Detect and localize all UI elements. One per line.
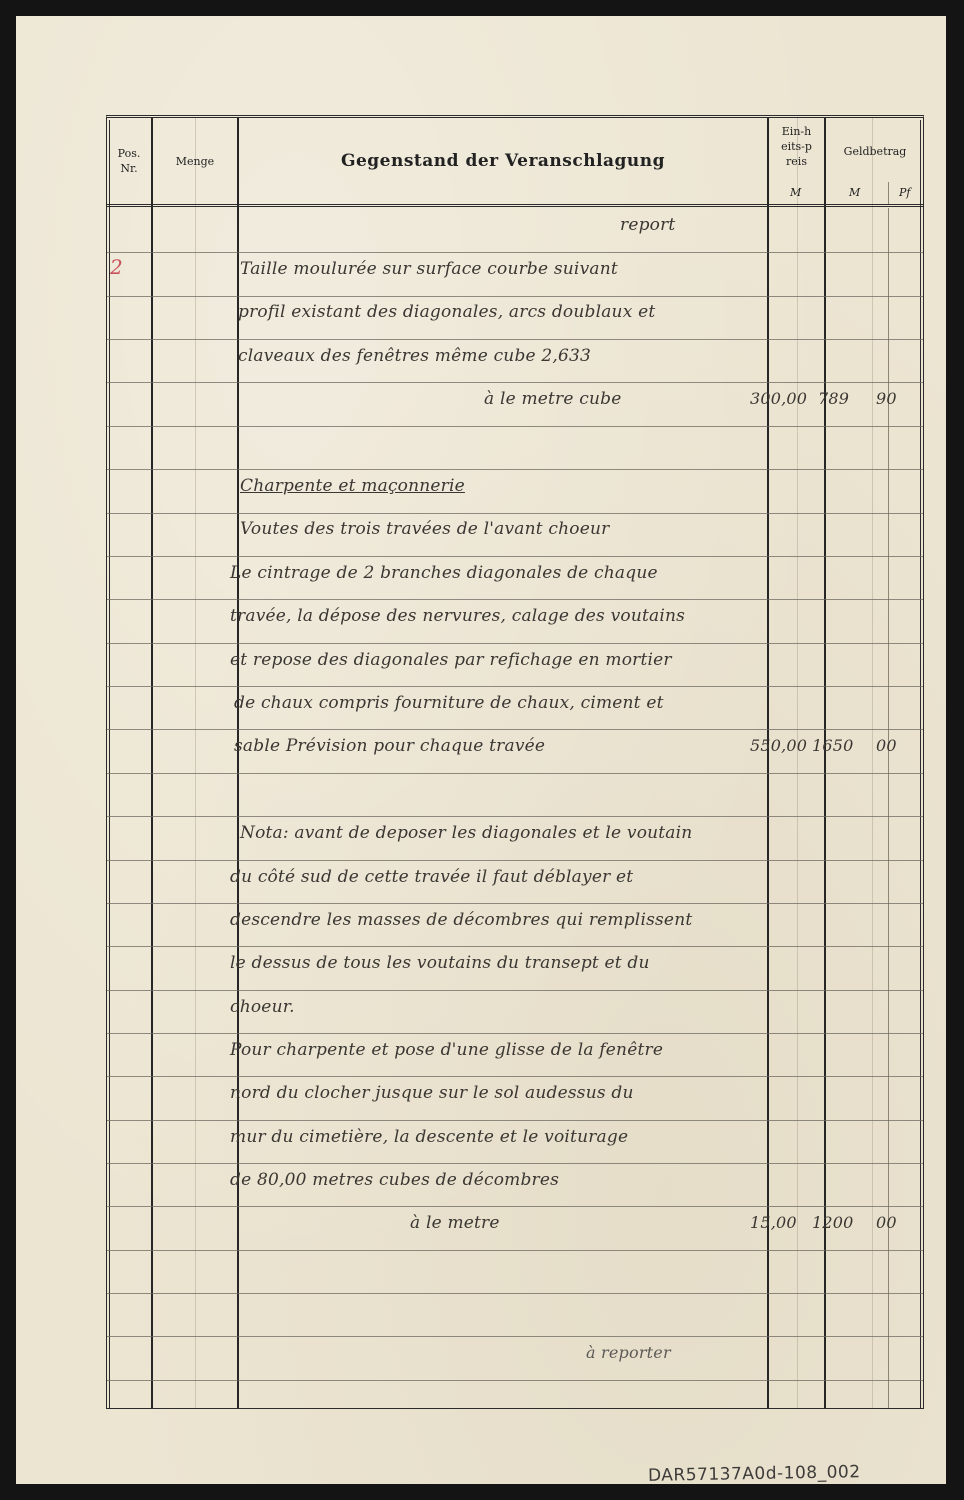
header-subdivider [888, 182, 889, 204]
line-item-text: report [620, 215, 675, 235]
amount-mark: 789 [818, 389, 849, 408]
line-item-text: Charpente et maçonnerie [240, 476, 465, 496]
ruled-line [107, 1336, 923, 1337]
header-pos-nr-label: Pos. Nr. [116, 146, 142, 176]
ruled-line [107, 1250, 923, 1251]
ruled-line [107, 599, 923, 600]
ruled-line [107, 469, 923, 470]
archive-reference: DAR57137A0d-108_002 [648, 1462, 861, 1486]
line-item-text: à reporter [586, 1343, 671, 1362]
ruled-line [107, 1206, 923, 1207]
header-einheitspreis: Ein-heits-preis [769, 118, 824, 180]
line-item-text: Voutes des trois travées de l'avant choe… [240, 519, 609, 539]
amount-mark: 1650 [812, 736, 854, 755]
line-item-text: Nota: avant de deposer les diagonales et… [240, 823, 692, 843]
line-item-text: mur du cimetière, la descente et le voit… [230, 1127, 628, 1147]
ruled-line [107, 860, 923, 861]
unit-price: 550,00 [750, 736, 807, 755]
einheitspreis-mark-unit: M [790, 186, 801, 199]
line-item-text: profil existant des diagonales, arcs dou… [238, 302, 655, 322]
line-item-text: de 80,00 metres cubes de décombres [230, 1170, 559, 1190]
ruled-line [107, 816, 923, 817]
amount-pfennig: 90 [876, 389, 897, 408]
column-divider-pos [151, 118, 153, 1408]
line-item-text: du côté sud de cette travée il faut débl… [230, 867, 633, 887]
ruled-line [107, 426, 923, 427]
header-einheitspreis-label: Ein-heits-preis [780, 124, 814, 169]
line-item-text: de chaux compris fourniture de chaux, ci… [234, 693, 664, 713]
ruled-line [107, 1380, 923, 1381]
line-item-text: Le cintrage de 2 branches diagonales de … [230, 563, 658, 583]
ruled-line [107, 556, 923, 557]
document-page: Pos. Nr. Menge Gegenstand der Veranschla… [16, 16, 946, 1484]
ruled-line [107, 296, 923, 297]
ruled-line [107, 729, 923, 730]
header-menge-label: Menge [176, 154, 214, 169]
amount-mark: 1200 [812, 1213, 854, 1232]
line-item-text: à le metre cube [484, 389, 621, 409]
header-menge: Menge [153, 118, 237, 204]
ruled-line [107, 1033, 923, 1034]
ruled-line [107, 643, 923, 644]
faint-guide [195, 118, 196, 1408]
line-item-text: descendre les masses de décombres qui re… [230, 910, 692, 930]
unit-price: 300,00 [750, 389, 807, 408]
line-item-text: et repose des diagonales par refichage e… [230, 650, 672, 670]
ruled-line [107, 1120, 923, 1121]
position-number: 2 [110, 255, 123, 279]
ruled-line [107, 686, 923, 687]
ruled-line [107, 252, 923, 253]
line-item-text: claveaux des fenêtres même cube 2,633 [238, 346, 591, 366]
ruled-line [107, 946, 923, 947]
line-item-text: sable Prévision pour chaque travée [234, 736, 545, 756]
ruled-line [107, 1076, 923, 1077]
header-geldbetrag: Geldbetrag [826, 118, 924, 180]
ruled-line [107, 773, 923, 774]
unit-price: 15,00 [750, 1213, 797, 1232]
line-item-text: Pour charpente et pose d'une glisse de l… [230, 1040, 663, 1060]
header-geldbetrag-label: Geldbetrag [844, 144, 907, 159]
ruled-line [107, 990, 923, 991]
line-item-text: Taille moulurée sur surface courbe suiva… [240, 259, 618, 279]
ruled-line [107, 513, 923, 514]
line-item-text: travée, la dépose des nervures, calage d… [230, 606, 685, 626]
faint-guide [872, 118, 873, 1408]
ruled-line [107, 1293, 923, 1294]
ruled-line [107, 903, 923, 904]
header-pos-nr: Pos. Nr. [107, 118, 151, 204]
ruled-line [107, 339, 923, 340]
header-separator [107, 204, 923, 207]
line-item-text: à le metre [410, 1213, 500, 1233]
amount-pfennig: 00 [876, 1213, 897, 1232]
ruled-line [107, 382, 923, 383]
geldbetrag-pfennig-unit: Pf [899, 186, 910, 199]
line-item-text: nord du clocher jusque sur le sol audess… [230, 1083, 634, 1103]
ruled-line [107, 1163, 923, 1164]
faint-guide [797, 118, 798, 1408]
geldbetrag-mark-unit: M [849, 186, 860, 199]
amount-pfennig: 00 [876, 736, 897, 755]
header-gegenstand-label: Gegenstand der Veranschlagung [341, 151, 665, 171]
header-gegenstand: Gegenstand der Veranschlagung [239, 118, 767, 204]
line-item-text: choeur. [230, 997, 295, 1017]
line-item-text: le dessus de tous les voutains du transe… [230, 953, 650, 973]
